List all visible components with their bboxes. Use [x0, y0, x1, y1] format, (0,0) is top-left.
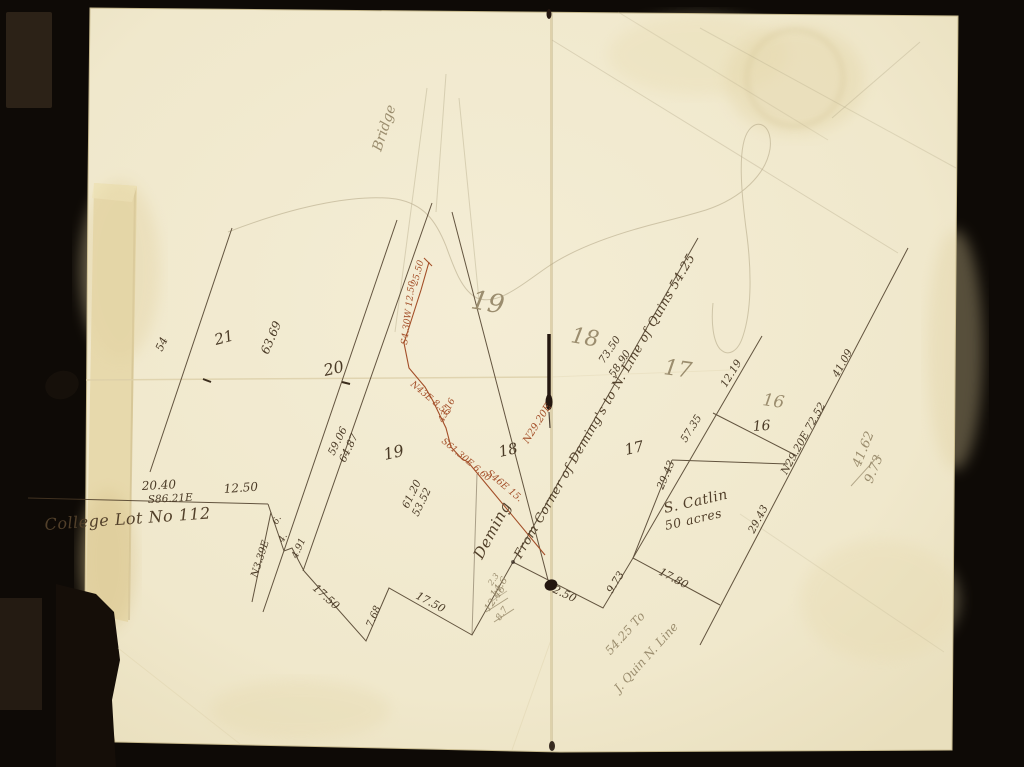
scanned-survey-map: 20.40 S86.21E 12.50 College Lot No 112 N…: [0, 0, 1024, 767]
scan-dark-corner: [56, 584, 120, 767]
survey-map-canvas: 20.40 S86.21E 12.50 College Lot No 112 N…: [0, 0, 1024, 767]
scan-edge-object-top: [6, 12, 52, 108]
label-pencil-lot-19: 19: [469, 285, 507, 320]
label-pencil-lot-18: 18: [569, 323, 601, 352]
scan-edge-object-bottom: [0, 598, 42, 710]
label-lot-16: 16: [752, 418, 771, 435]
label-pencil-lot-17: 17: [662, 355, 693, 384]
label-pencil-lot-16: 16: [761, 390, 785, 413]
label-bearing-s8621e: S86.21E: [148, 492, 194, 506]
label-measure-2040: 20.40: [140, 477, 176, 493]
label-measure-1250: 12.50: [223, 480, 259, 496]
